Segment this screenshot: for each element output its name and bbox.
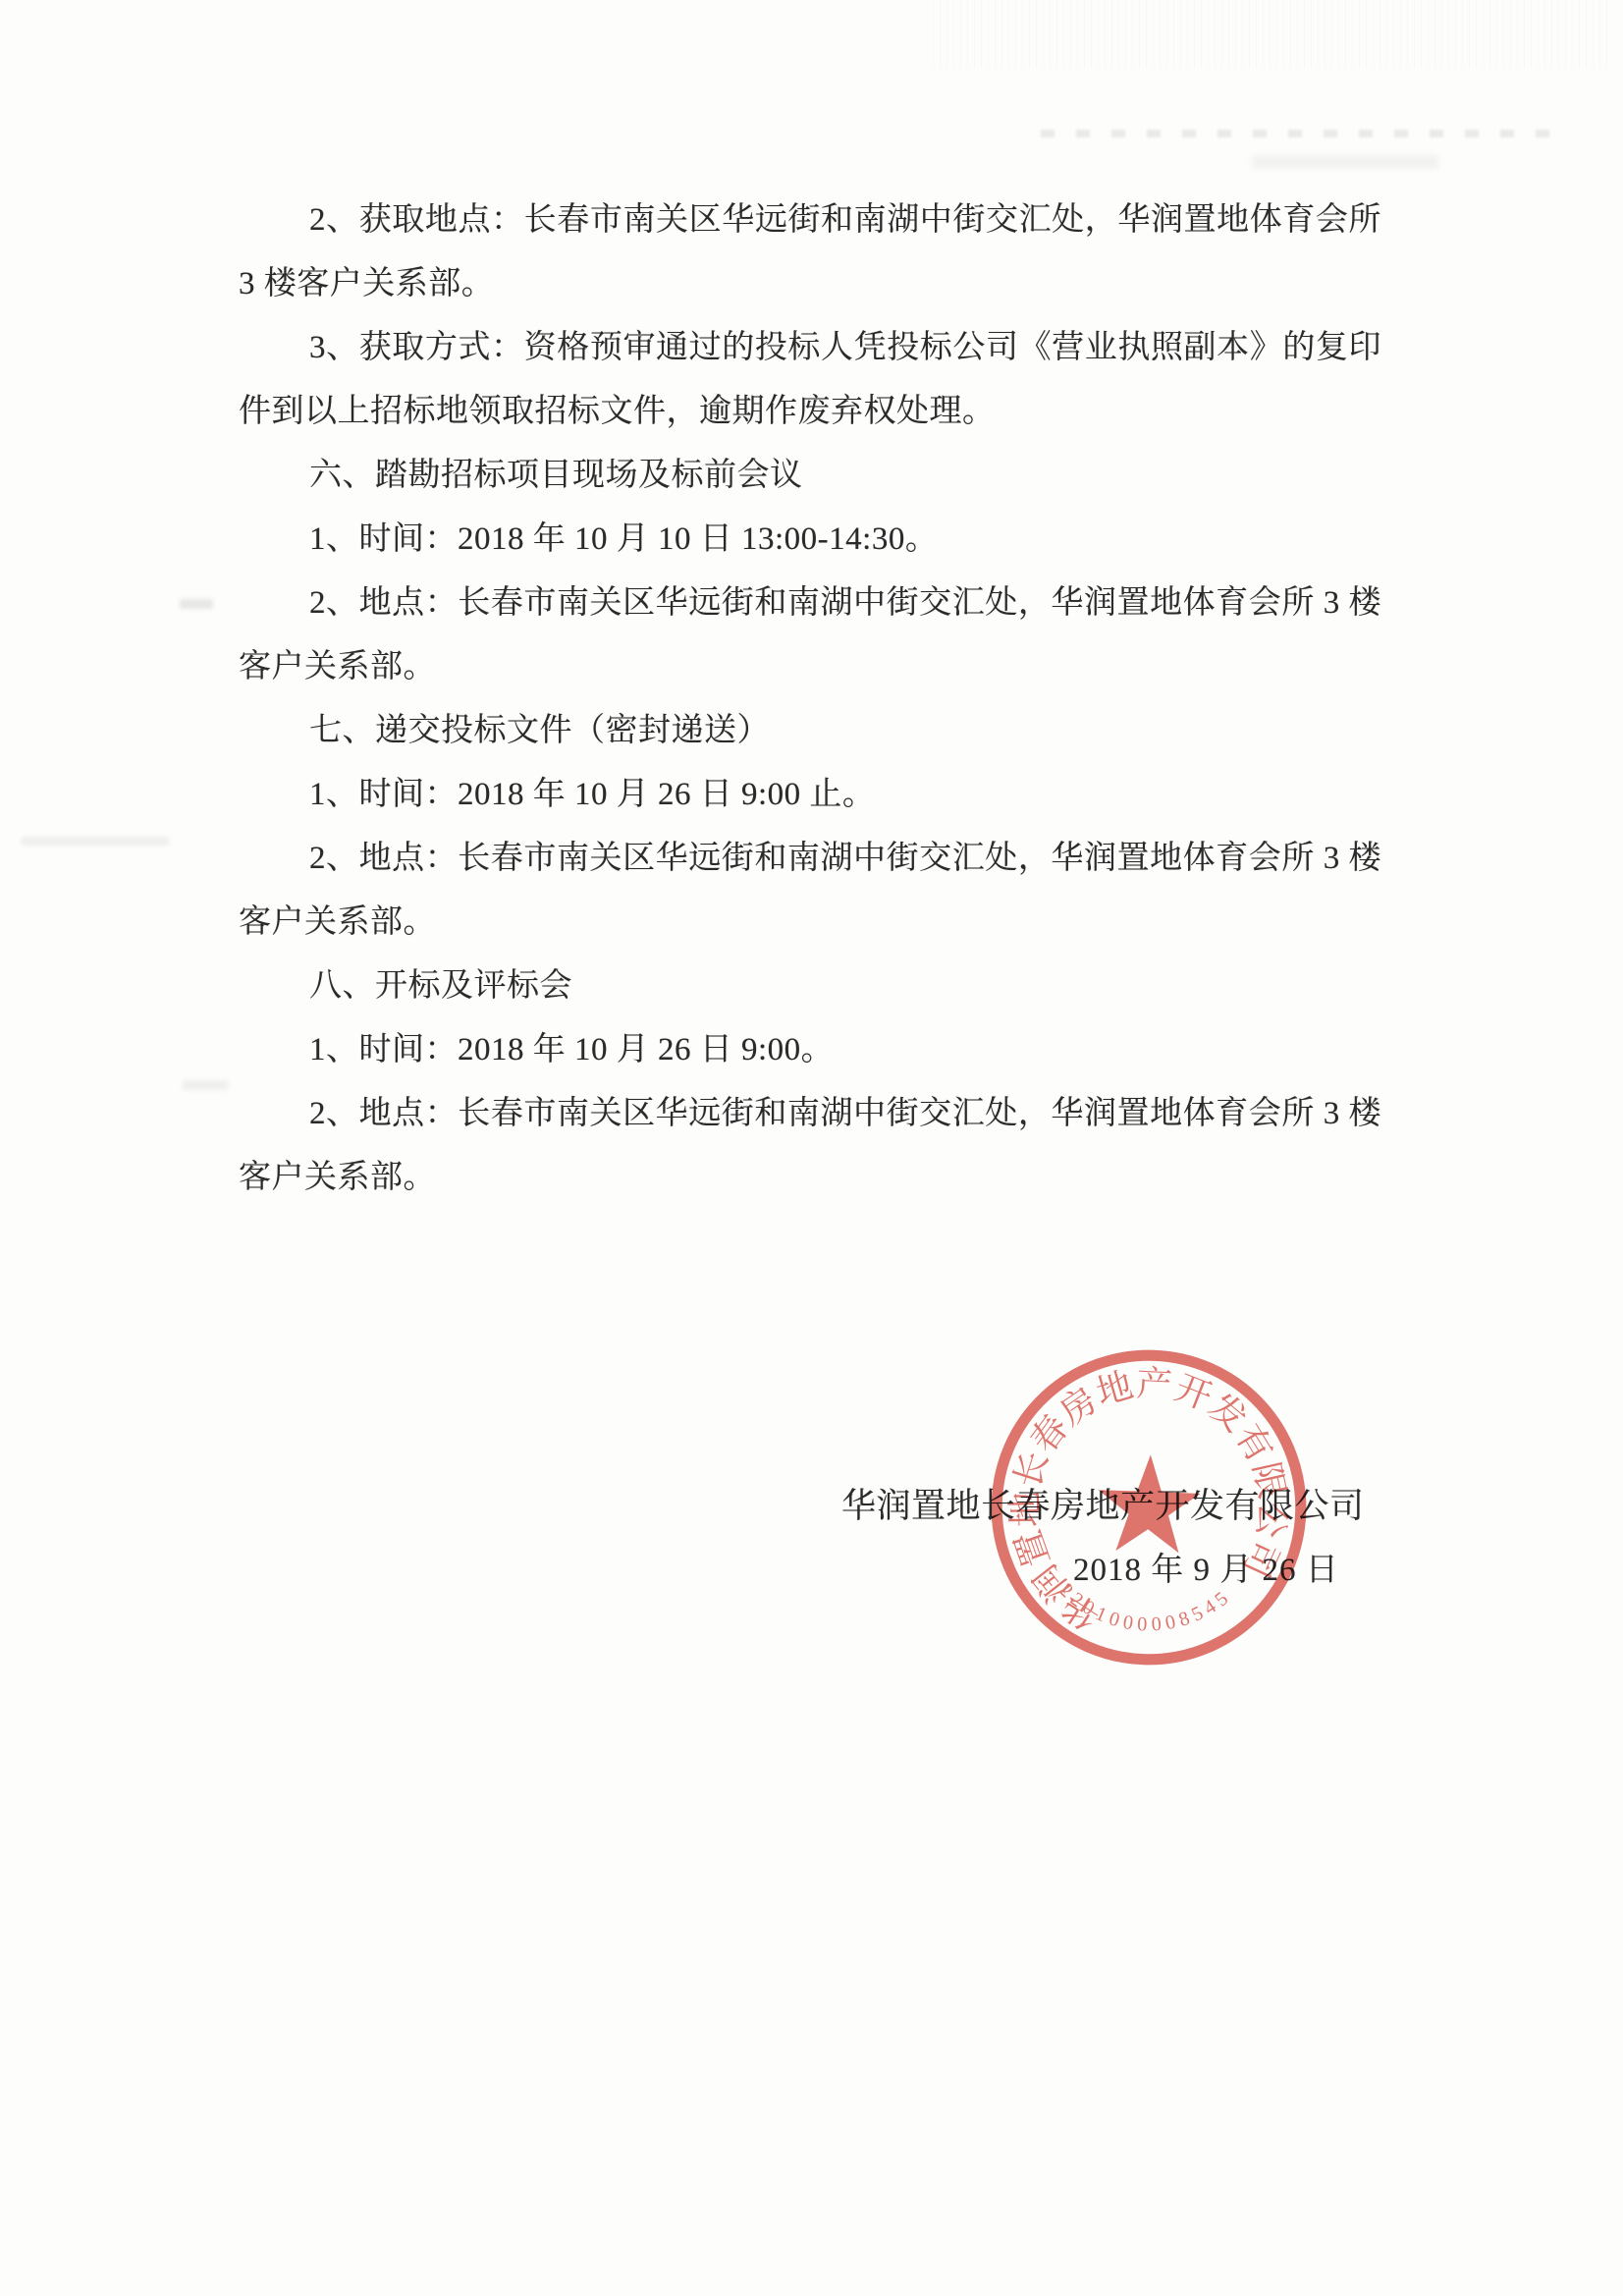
scan-artifact	[22, 837, 169, 846]
document-line: 3、获取方式：资格预审通过的投标人凭投标公司《营业执照副本》的复印	[239, 316, 1381, 380]
document-line: 件到以上招标地领取招标文件，逾期作废弃权处理。	[239, 380, 1381, 444]
document-section-heading: 六、踏勘招标项目现场及标前会议	[239, 444, 1381, 508]
document-line: 客户关系部。	[239, 1146, 1381, 1210]
scan-artifact	[933, 0, 1610, 69]
scan-artifact	[183, 1080, 228, 1090]
document-line: 2、地点：长春市南关区华远街和南湖中街交汇处，华润置地体育会所 3 楼	[239, 1082, 1381, 1146]
document-line: 2、地点：长春市南关区华远街和南湖中街交汇处，华润置地体育会所 3 楼	[239, 827, 1381, 891]
document-line: 1、时间：2018 年 10 月 26 日 9:00 止。	[239, 763, 1381, 827]
scanned-document-page: 2、获取地点：长春市南关区华远街和南湖中街交汇处，华润置地体育会所 3 楼客户关…	[0, 0, 1623, 2296]
document-body: 2、获取地点：长春市南关区华远街和南湖中街交汇处，华润置地体育会所 3 楼客户关…	[239, 189, 1381, 1210]
document-section-heading: 八、开标及评标会	[239, 955, 1381, 1018]
document-line: 1、时间：2018 年 10 月 10 日 13:00-14:30。	[239, 508, 1381, 572]
document-line: 1、时间：2018 年 10 月 26 日 9:00。	[239, 1018, 1381, 1082]
scan-artifact	[180, 599, 213, 609]
document-line: 3 楼客户关系部。	[239, 252, 1381, 316]
document-line: 客户关系部。	[239, 891, 1381, 955]
document-line: 客户关系部。	[239, 635, 1381, 699]
scan-artifact	[1252, 155, 1438, 169]
document-section-heading: 七、递交投标文件（密封递送）	[239, 699, 1381, 763]
scan-artifact	[1041, 130, 1551, 137]
document-line: 2、获取地点：长春市南关区华远街和南湖中街交汇处，华润置地体育会所	[239, 189, 1381, 252]
signature-date: 2018 年 9 月 26 日	[1073, 1544, 1339, 1590]
signature-company: 华润置地长春房地产开发有限公司	[841, 1479, 1365, 1528]
document-line: 2、地点：长春市南关区华远街和南湖中街交汇处，华润置地体育会所 3 楼	[239, 572, 1381, 635]
